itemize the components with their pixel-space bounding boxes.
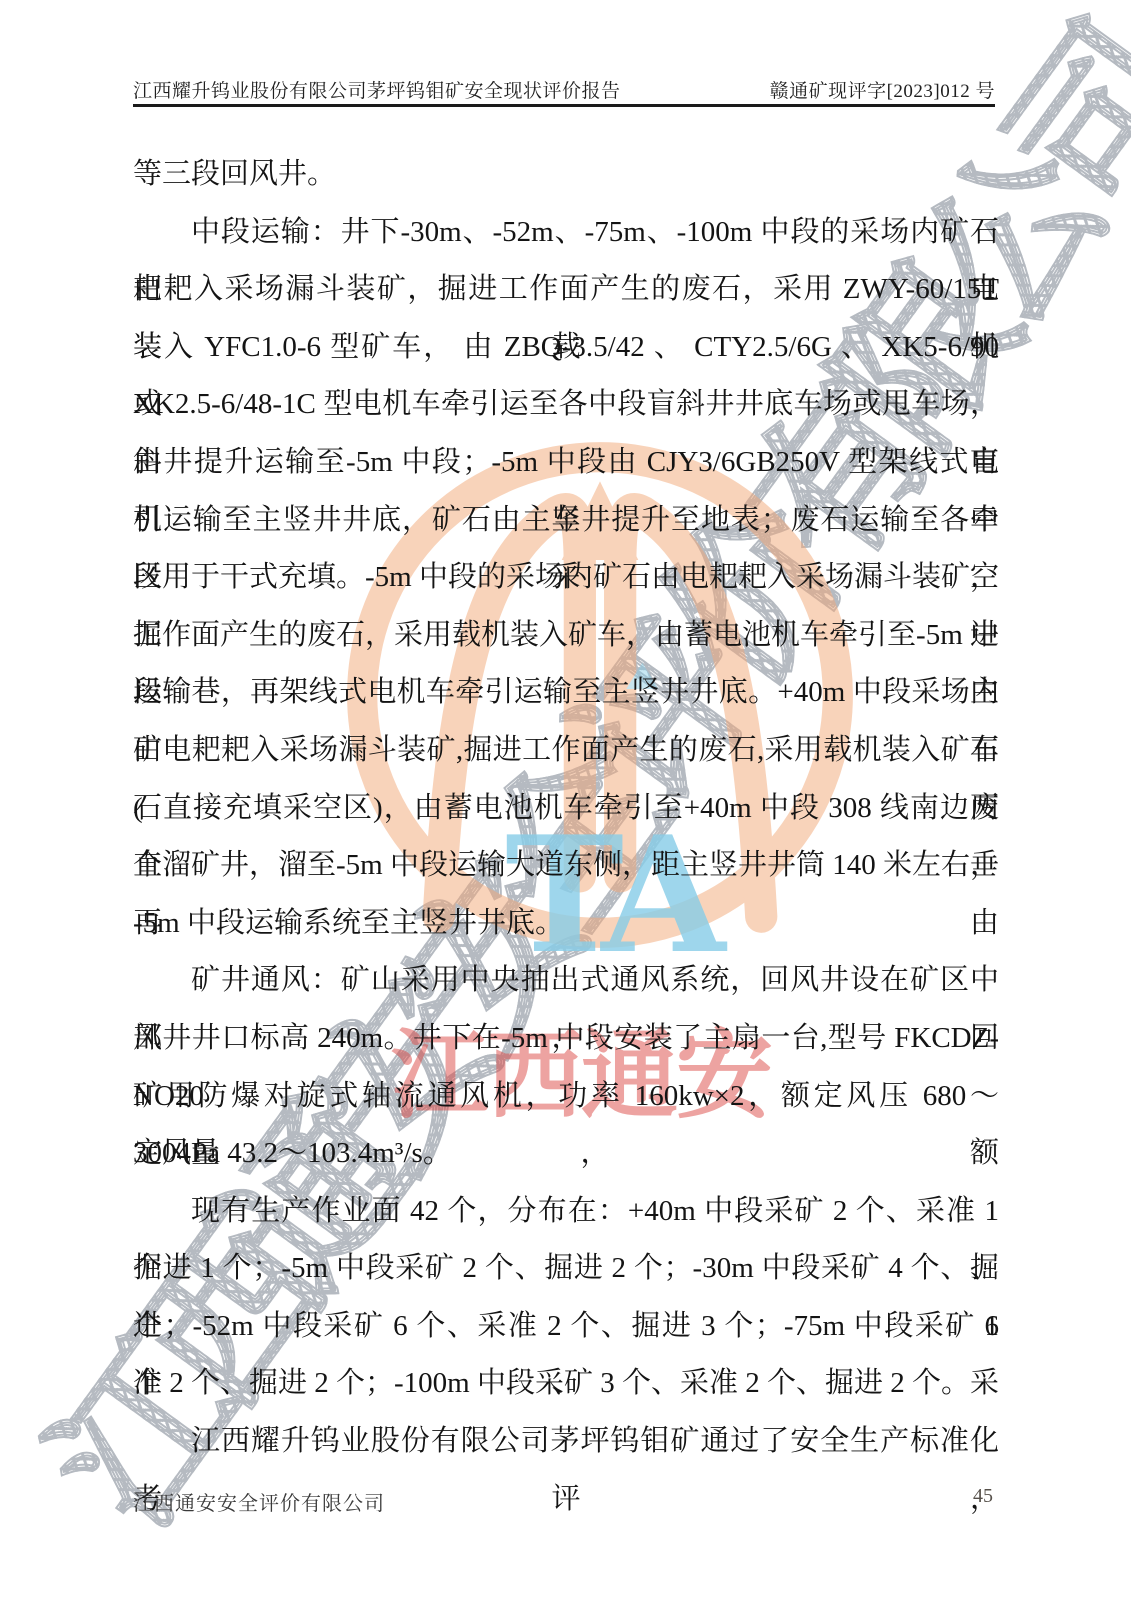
- header-doc-number: 赣通矿现评字[2023]012 号: [770, 76, 995, 103]
- document-page: 江西通安安全评价有限公司 TA 江西通安 江西耀升钨业股份有限公司茅坪钨钼矿安全…: [0, 0, 1131, 1600]
- body-line: 引运输至主竖井井底，矿石由主竖井提升至地表；废石运输至各中段采空: [133, 492, 999, 550]
- footer-company-name: 江西通安安全评价有限公司: [133, 1487, 385, 1516]
- body-line: 直溜矿井，溜至-5m 中段运输大道东侧，距主竖井井筒 140 米左右，再由: [133, 837, 999, 895]
- body-line: 运输巷，再架线式电机车牵引运输至主竖井井底。+40m 中段采场内矿石: [133, 664, 999, 722]
- body-line: 工作面产生的废石，采用载机装入矿车，由蓄电池机车牵引至-5m 中段主: [133, 607, 999, 665]
- body-line: 斜井提升运输至-5m 中段；-5m 中段由 CJY3/6GB250V 型架线式电…: [133, 434, 999, 492]
- body-line: 由电耙耙入采场漏斗装矿,掘进工作面产生的废石,采用载机装入矿车(废: [133, 722, 999, 780]
- body-line: 掘进 1 个；-5m 中段采矿 2 个、掘进 2 个；-30m 中段采矿 4 个…: [133, 1240, 999, 1298]
- body-line: 中段运输：井下-30m、-52m、-75m、-100m 中段的采场内矿石由电: [133, 204, 999, 262]
- header-divider: [133, 104, 995, 107]
- body-line: 等三段回风井。: [133, 146, 999, 204]
- body-line: 石直接充填采空区)，由蓄电池机车牵引至+40m 中段 308 线南边两个垂: [133, 780, 999, 838]
- body-line: 江西耀升钨业股份有限公司茅坪钨钼矿通过了安全生产标准化考评，: [133, 1413, 999, 1471]
- body-line: 准 2 个、掘进 2 个；-100m 中段采矿 3 个、采准 2 个、掘进 2 …: [133, 1355, 999, 1413]
- body-line: XK2.5-6/48-1C 型电机车牵引运至各中段盲斜井井底车场或甩车场，由盲: [133, 376, 999, 434]
- footer-page-number: 45: [973, 1485, 993, 1508]
- page-content: 江西耀升钨业股份有限公司茅坪钨钼矿安全现状评价报告 赣通矿现评字[2023]01…: [0, 0, 1131, 1600]
- header-report-title: 江西耀升钨业股份有限公司茅坪钨钼矿安全现状评价报告: [133, 76, 621, 103]
- body-line: 矿用防爆对旋式轴流通风机，功率 160kw×2，额定风压 680～3004Pa，…: [133, 1068, 999, 1126]
- body-line: 区用于干式充填。-5m 中段的采场内矿石由电耙耙入采场漏斗装矿，掘进: [133, 549, 999, 607]
- body-line: 风井井口标高 240m。井下在-5m 中段安装了主扇一台,型号 FKCDZ-NO…: [133, 1010, 999, 1068]
- document-body: 等三段回风井。中段运输：井下-30m、-52m、-75m、-100m 中段的采场…: [133, 146, 999, 1471]
- body-line: 矿井通风：矿山采用中央抽出式通风系统，回风井设在矿区中部，回: [133, 952, 999, 1010]
- body-line: 耙耙入采场漏斗装矿，掘进工作面产生的废石，采用 ZWY-60/15T 装载机: [133, 261, 999, 319]
- body-line: 个；-52m 中段采矿 6 个、采准 2 个、掘进 3 个；-75m 中段采矿 …: [133, 1298, 999, 1356]
- body-line: 现有生产作业面 42 个，分布在：+40m 中段采矿 2 个、采准 1 个、: [133, 1183, 999, 1241]
- body-line: 装入 YFC1.0-6 型矿车， 由 ZBQ-3.5/42 、 CTY2.5/6…: [133, 319, 999, 377]
